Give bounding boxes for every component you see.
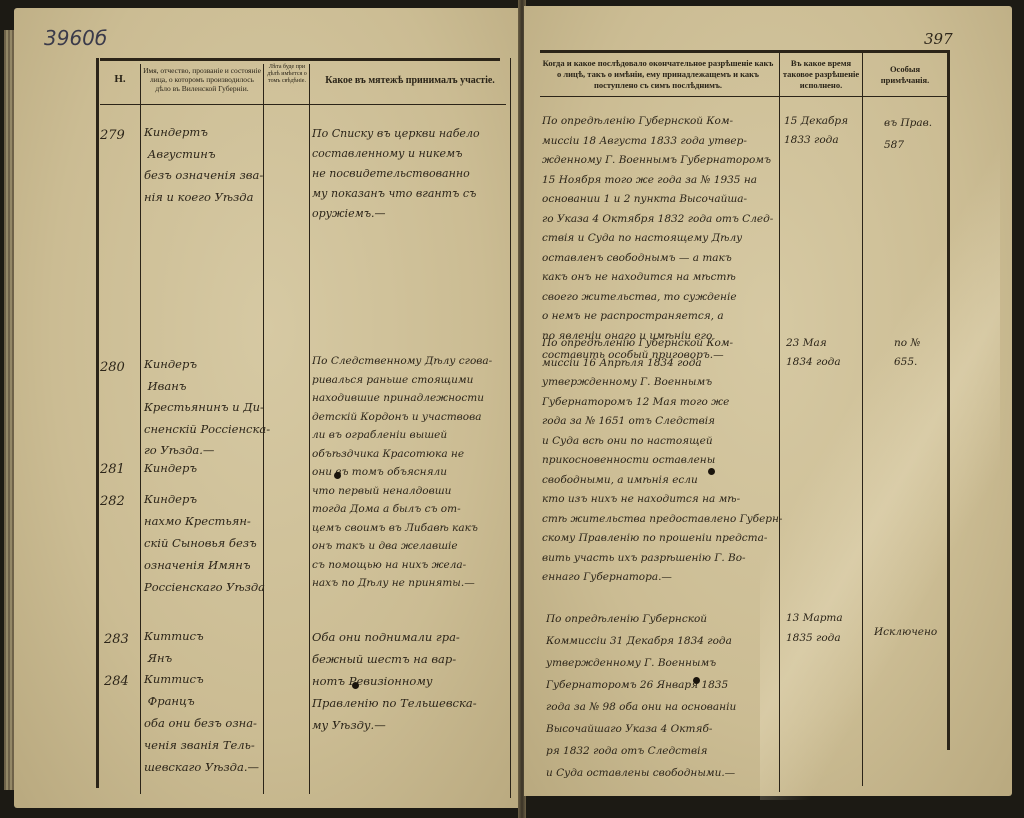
col-divider xyxy=(309,64,310,794)
header-rule-top xyxy=(540,50,948,53)
entry-name: Киндертъ Августинъ безъ означенія зва- н… xyxy=(144,122,263,208)
header-rule-bottom xyxy=(100,104,506,105)
entry-name: Киттисъ Францъ оба они безъ озна- ченія … xyxy=(144,668,259,778)
right-border xyxy=(947,50,950,750)
paper-hole xyxy=(708,468,715,475)
entry-executed-date: 13 Марта 1835 года xyxy=(786,608,843,648)
paper-hole xyxy=(693,677,700,684)
header-rule-bottom xyxy=(540,96,948,97)
header-executed: Въ какое время таковое разрѣшеніе исполн… xyxy=(782,58,860,91)
header-no: Н. xyxy=(102,74,138,84)
entry-resolution: По опредѣленію Губернской Ком- миссіи 16… xyxy=(542,334,782,588)
entry-name: Киндеръ xyxy=(144,458,197,480)
entry-number: 283 xyxy=(104,632,129,647)
entry-notes: Исключено xyxy=(874,622,937,644)
col-divider xyxy=(862,52,863,786)
entry-resolution: По опредѣленію Губернской Коммиссіи 31 Д… xyxy=(546,608,736,784)
ledger-spread: 3960б Н. Имя, отчество, прозваніе и сост… xyxy=(0,0,1024,818)
paper-hole xyxy=(334,472,341,479)
entry-participation: По Списку въ церкви набело составленному… xyxy=(312,124,480,224)
archive-number: 3960б xyxy=(44,26,107,50)
entry-number: 282 xyxy=(100,494,125,509)
entry-resolution: По опредѣленію Губернской Ком- миссіи 18… xyxy=(542,112,773,366)
entry-notes: по № 655. xyxy=(894,334,920,372)
col-divider xyxy=(510,58,511,798)
paper-hole xyxy=(352,682,359,689)
entry-executed-date: 23 Мая 1834 года xyxy=(786,334,841,372)
left-border xyxy=(96,58,99,788)
entry-name: Киттисъ Янъ xyxy=(144,626,204,669)
header-participation: Какое въ мятежѣ принималъ участіе. xyxy=(312,76,508,86)
header-notes: Особыя примѣчанія. xyxy=(865,64,945,86)
entry-executed-date: 15 Декабря 1833 года xyxy=(784,112,848,150)
entry-number: 280 xyxy=(100,360,125,375)
header-name: Имя, отчество, прозваніе и состояніе лиц… xyxy=(143,66,261,93)
header-rule-top xyxy=(100,58,500,61)
header-resolution: Когда и какое послѣдовало окончательное … xyxy=(540,58,776,91)
entry-number: 279 xyxy=(100,128,125,143)
entry-name: Киндеръ нахмо Крестьян- скій Сыновья без… xyxy=(144,488,265,598)
entry-name: Киндеръ Иванъ Крестьянинъ и Ди- сненскій… xyxy=(144,354,270,462)
entry-participation: Оба они поднимали гра- бежный шестъ на в… xyxy=(312,626,477,736)
entry-number: 281 xyxy=(100,462,125,477)
col-divider xyxy=(140,64,141,794)
entry-notes: въ Прав. 587 xyxy=(884,112,932,156)
page-number: 397 xyxy=(924,30,953,48)
entry-number: 284 xyxy=(104,674,129,689)
header-age: Лѣта буде при дѣлѣ имѣется о томъ свѣдѣн… xyxy=(266,64,308,85)
